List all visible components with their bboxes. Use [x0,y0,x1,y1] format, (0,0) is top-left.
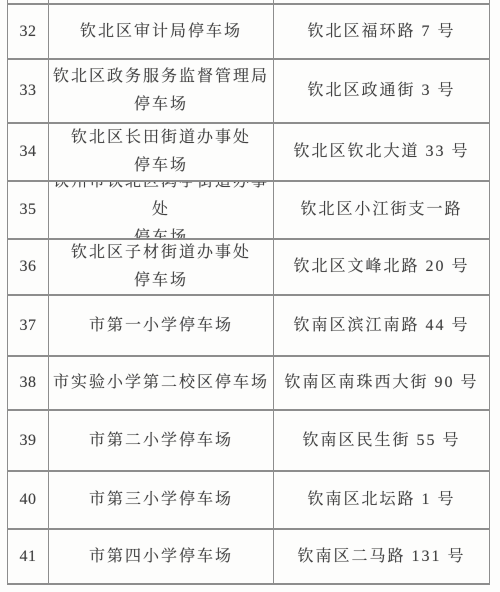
table-row: 39 市第二小学停车场 钦南区民生街 55 号 [8,409,489,470]
table-row: 33 钦北区政务服务监督管理局 停车场 钦北区政通街 3 号 [8,58,489,122]
table-row: 36 钦北区子材街道办事处 停车场 钦北区文峰北路 20 号 [8,238,489,294]
parking-name-cell: 市第一小学停车场 [49,296,274,355]
parking-address-cell [274,0,489,4]
table-row: 40 市第三小学停车场 钦南区北坛路 1 号 [8,470,489,528]
row-number-cell: 40 [8,472,49,528]
table-row: 38 市实验小学第二校区停车场 钦南区南珠西大街 90 号 [8,355,489,409]
row-number-cell: 34 [8,124,49,180]
parking-address-cell: 钦北区钦北大道 33 号 [274,124,489,180]
table-row: 41 市第四小学停车场 钦南区二马路 131 号 [8,528,489,583]
table-row: 37 市第一小学停车场 钦南区滨江南路 44 号 [8,294,489,355]
parking-name-cell: 钦州市钦北区鸿亭街道办事处 停车场 [49,182,274,238]
parking-name-cell: 钦北区审计局停车场 [49,5,274,58]
parking-name-cell: 钦北区政务服务监督管理局 停车场 [49,60,274,122]
parking-address-cell: 钦南区民生街 55 号 [274,411,489,470]
table-row: 32 钦北区审计局停车场 钦北区福环路 7 号 [8,3,489,58]
table-row: 35 钦州市钦北区鸿亭街道办事处 停车场 钦北区小江街支一路 [8,180,489,238]
row-number-cell: 39 [8,411,49,470]
row-number-cell [8,0,49,4]
parking-name-cell: 钦北区子材街道办事处 停车场 [49,240,274,294]
parking-address-cell: 钦南区北坛路 1 号 [274,472,489,528]
parking-address-cell: 钦北区政通街 3 号 [274,60,489,122]
row-number-cell: 36 [8,240,49,294]
parking-address-cell: 钦南区滨江南路 44 号 [274,296,489,355]
table-row: 34 钦北区长田街道办事处 停车场 钦北区钦北大道 33 号 [8,122,489,180]
table-row-partial [8,0,489,3]
row-number-cell: 41 [8,530,49,583]
row-number-cell: 32 [8,5,49,58]
row-number-cell: 35 [8,182,49,238]
parking-address-cell: 钦北区小江街支一路 [274,182,489,238]
parking-address-cell: 钦南区二马路 131 号 [274,530,489,583]
parking-name-cell [49,0,274,4]
parking-lots-table: 32 钦北区审计局停车场 钦北区福环路 7 号 33 钦北区政务服务监督管理局 … [7,0,490,585]
parking-address-cell: 钦南区南珠西大街 90 号 [274,357,489,409]
parking-name-cell: 市第四小学停车场 [49,530,274,583]
scanned-document-page: 32 钦北区审计局停车场 钦北区福环路 7 号 33 钦北区政务服务监督管理局 … [0,0,500,592]
parking-address-cell: 钦北区福环路 7 号 [274,5,489,58]
row-number-cell: 38 [8,357,49,409]
parking-address-cell: 钦北区文峰北路 20 号 [274,240,489,294]
row-number-cell: 37 [8,296,49,355]
parking-name-cell: 市实验小学第二校区停车场 [49,357,274,409]
row-number-cell: 33 [8,60,49,122]
parking-name-cell: 市第三小学停车场 [49,472,274,528]
parking-name-cell: 钦北区长田街道办事处 停车场 [49,124,274,180]
parking-name-cell: 市第二小学停车场 [49,411,274,470]
